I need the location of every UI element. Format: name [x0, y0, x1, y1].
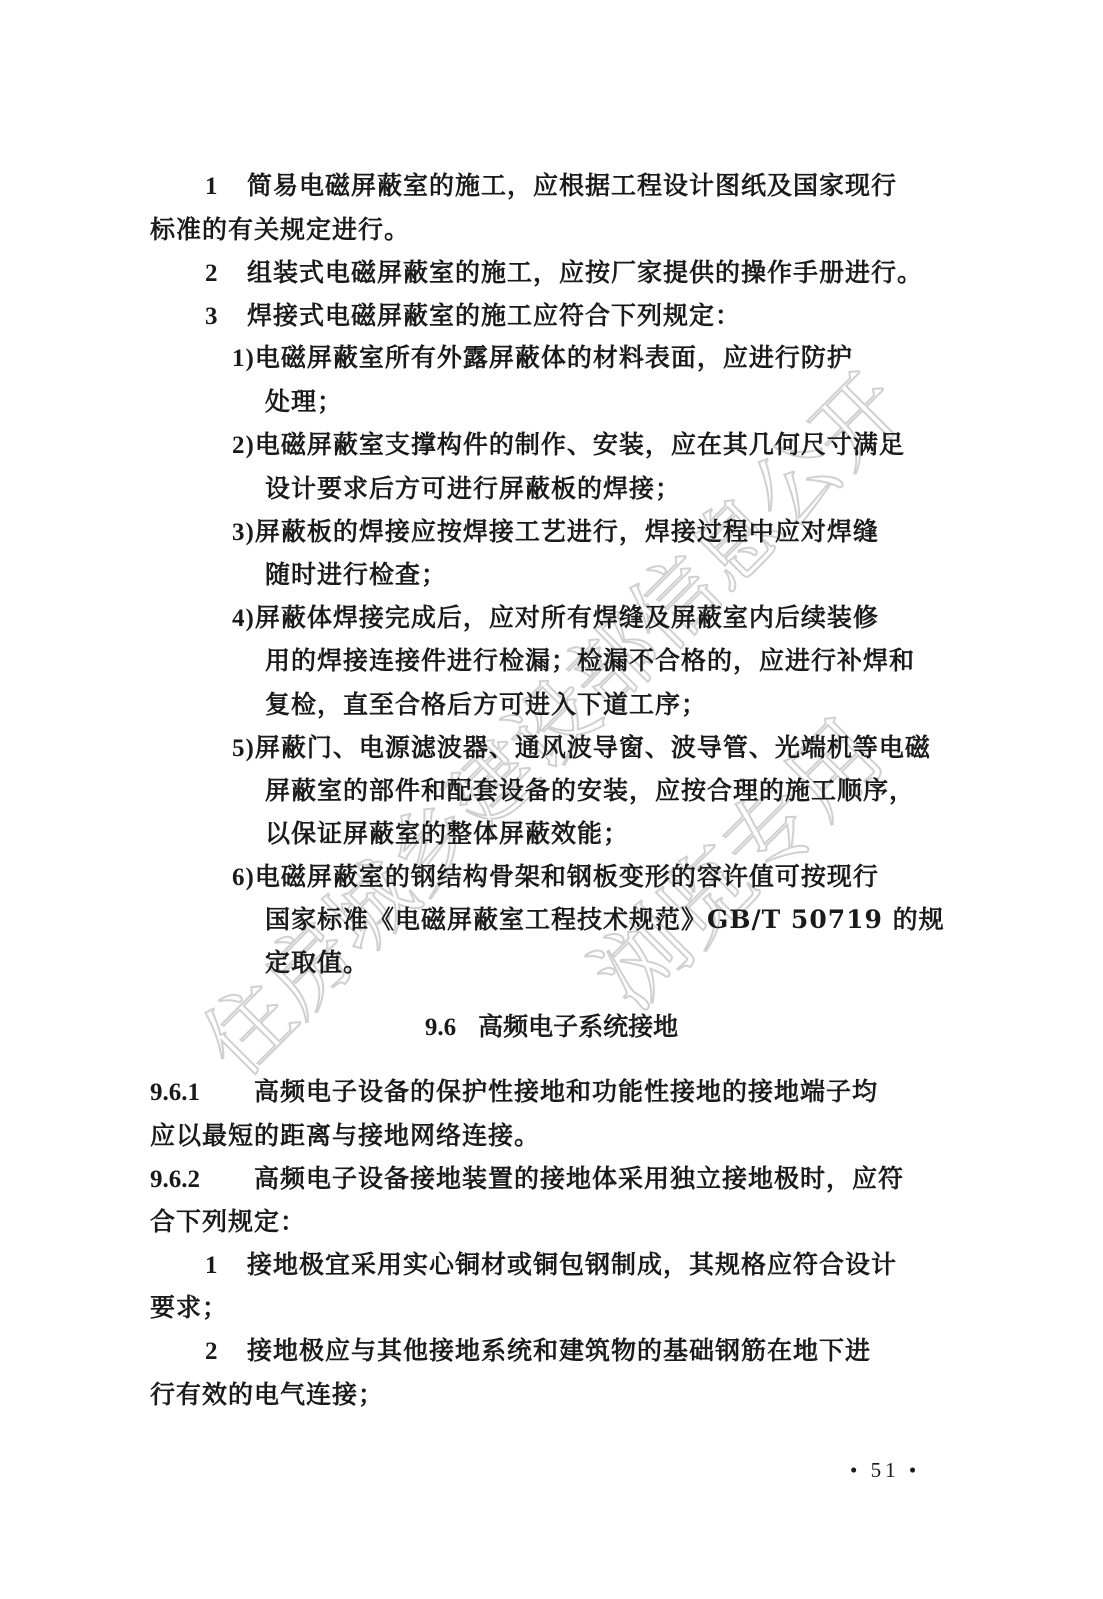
- sub-item-6-line-3: 定取值。: [265, 948, 369, 978]
- sub-item-4-line-1: 4)屏蔽体焊接完成后，应对所有焊缝及屏蔽室内后续装修: [232, 603, 879, 634]
- sub-item-text: 电磁屏蔽室所有外露屏蔽体的材料表面，应进行防护: [255, 343, 853, 372]
- sub-item-text: 设计要求后方可进行屏蔽板的焊接；: [265, 474, 681, 503]
- item-1-line-1: 1简易电磁屏蔽室的施工，应根据工程设计图纸及国家现行: [205, 171, 897, 202]
- clause-number: 9.6.1: [150, 1078, 254, 1108]
- clause-item-1-line-2: 要求；: [150, 1293, 228, 1323]
- item-text: 接地极宜采用实心铜材或铜包钢制成，其规格应符合设计: [247, 1250, 897, 1279]
- section-number: 9.6: [425, 1014, 456, 1041]
- sub-item-text: 屏蔽体焊接完成后，应对所有焊缝及屏蔽室内后续装修: [255, 603, 879, 632]
- document-page: 住房城乡建设部信息公开 浏览专用 1简易电磁屏蔽室的施工，应根据工程设计图纸及国…: [0, 0, 1103, 1599]
- item-number: 1: [205, 172, 247, 202]
- item-number: 2: [205, 259, 247, 289]
- item-text: 焊接式电磁屏蔽室的施工应符合下列规定：: [247, 301, 741, 330]
- sub-item-text: 国家标准《电磁屏蔽室工程技术规范》GB/T 50719 的规: [265, 905, 945, 934]
- sub-item-6-line-1: 6)电磁屏蔽室的钢结构骨架和钢板变形的容许值可按现行: [232, 862, 879, 893]
- clause-9-6-2-line-2: 合下列规定：: [150, 1207, 306, 1237]
- sub-item-text: 屏蔽室的部件和配套设备的安装，应按合理的施工顺序，: [265, 776, 915, 805]
- clause-number: 9.6.2: [150, 1165, 254, 1195]
- page-number: • 51 •: [850, 1458, 920, 1483]
- sub-item-text: 电磁屏蔽室的钢结构骨架和钢板变形的容许值可按现行: [255, 862, 879, 891]
- clause-9-6-1-line-1: 9.6.1高频电子设备的保护性接地和功能性接地的接地端子均: [150, 1077, 878, 1108]
- section-title: 高频电子系统接地: [478, 1012, 678, 1041]
- item-text: 接地极应与其他接地系统和建筑物的基础钢筋在地下进: [247, 1336, 871, 1365]
- sub-item-1-line-1: 1)电磁屏蔽室所有外露屏蔽体的材料表面，应进行防护: [232, 343, 853, 374]
- sub-item-text: 定取值。: [265, 948, 369, 977]
- sub-item-number: 3): [232, 518, 255, 548]
- sub-item-text: 屏蔽板的焊接应按焊接工艺进行，焊接过程中应对焊缝: [255, 517, 879, 546]
- sub-item-4-line-3: 复检，直至合格后方可进入下道工序；: [265, 690, 707, 720]
- clause-text: 应以最短的距离与接地网络连接。: [150, 1121, 540, 1150]
- sub-item-6-line-2: 国家标准《电磁屏蔽室工程技术规范》GB/T 50719 的规: [265, 905, 945, 935]
- sub-item-number: 2): [232, 431, 255, 461]
- clause-item-1-line-1: 1接地极宜采用实心铜材或铜包钢制成，其规格应符合设计: [205, 1250, 897, 1281]
- sub-item-text: 用的焊接连接件进行检漏；检漏不合格的，应进行补焊和: [265, 646, 915, 675]
- clause-item-2-line-2: 行有效的电气连接；: [150, 1380, 384, 1410]
- item-text: 要求；: [150, 1293, 228, 1322]
- sub-item-2-line-2: 设计要求后方可进行屏蔽板的焊接；: [265, 474, 681, 504]
- sub-item-5-line-3: 以保证屏蔽室的整体屏蔽效能；: [265, 819, 629, 849]
- sub-item-5-line-1: 5)屏蔽门、电源滤波器、通风波导窗、波导管、光端机等电磁: [232, 733, 931, 764]
- item-2: 2组装式电磁屏蔽室的施工，应按厂家提供的操作手册进行。: [205, 258, 923, 289]
- sub-item-number: 5): [232, 734, 255, 764]
- clause-text: 高频电子设备的保护性接地和功能性接地的接地端子均: [254, 1077, 878, 1106]
- sub-item-text: 电磁屏蔽室支撑构件的制作、安装，应在其几何尺寸满足: [255, 430, 905, 459]
- clause-text: 合下列规定：: [150, 1207, 306, 1236]
- section-heading: 9.6高频电子系统接地: [0, 1012, 1103, 1043]
- sub-item-text: 屏蔽门、电源滤波器、通风波导窗、波导管、光端机等电磁: [255, 733, 931, 762]
- sub-item-number: 6): [232, 863, 255, 893]
- item-number: 3: [205, 302, 247, 332]
- sub-item-text: 复检，直至合格后方可进入下道工序；: [265, 690, 707, 719]
- item-text: 组装式电磁屏蔽室的施工，应按厂家提供的操作手册进行。: [247, 258, 923, 287]
- sub-item-number: 4): [232, 604, 255, 634]
- sub-item-5-line-2: 屏蔽室的部件和配套设备的安装，应按合理的施工顺序，: [265, 776, 915, 806]
- sub-item-text: 以保证屏蔽室的整体屏蔽效能；: [265, 819, 629, 848]
- item-3: 3焊接式电磁屏蔽室的施工应符合下列规定：: [205, 301, 741, 332]
- item-1-line-2: 标准的有关规定进行。: [150, 215, 410, 245]
- sub-item-3-line-1: 3)屏蔽板的焊接应按焊接工艺进行，焊接过程中应对焊缝: [232, 517, 879, 548]
- clause-text: 高频电子设备接地装置的接地体采用独立接地极时，应符: [254, 1164, 904, 1193]
- item-number: 1: [205, 1251, 247, 1281]
- clause-9-6-1-line-2: 应以最短的距离与接地网络连接。: [150, 1121, 540, 1151]
- clause-item-2-line-1: 2接地极应与其他接地系统和建筑物的基础钢筋在地下进: [205, 1336, 871, 1367]
- sub-item-2-line-1: 2)电磁屏蔽室支撑构件的制作、安装，应在其几何尺寸满足: [232, 430, 905, 461]
- clause-9-6-2-line-1: 9.6.2高频电子设备接地装置的接地体采用独立接地极时，应符: [150, 1164, 904, 1195]
- sub-item-number: 1): [232, 344, 255, 374]
- sub-item-3-line-2: 随时进行检查；: [265, 560, 447, 590]
- item-number: 2: [205, 1337, 247, 1367]
- item-text: 行有效的电气连接；: [150, 1380, 384, 1409]
- item-text: 标准的有关规定进行。: [150, 215, 410, 244]
- sub-item-text: 随时进行检查；: [265, 560, 447, 589]
- sub-item-text: 处理；: [265, 387, 343, 416]
- sub-item-4-line-2: 用的焊接连接件进行检漏；检漏不合格的，应进行补焊和: [265, 646, 915, 676]
- sub-item-1-line-2: 处理；: [265, 387, 343, 417]
- item-text: 简易电磁屏蔽室的施工，应根据工程设计图纸及国家现行: [247, 171, 897, 200]
